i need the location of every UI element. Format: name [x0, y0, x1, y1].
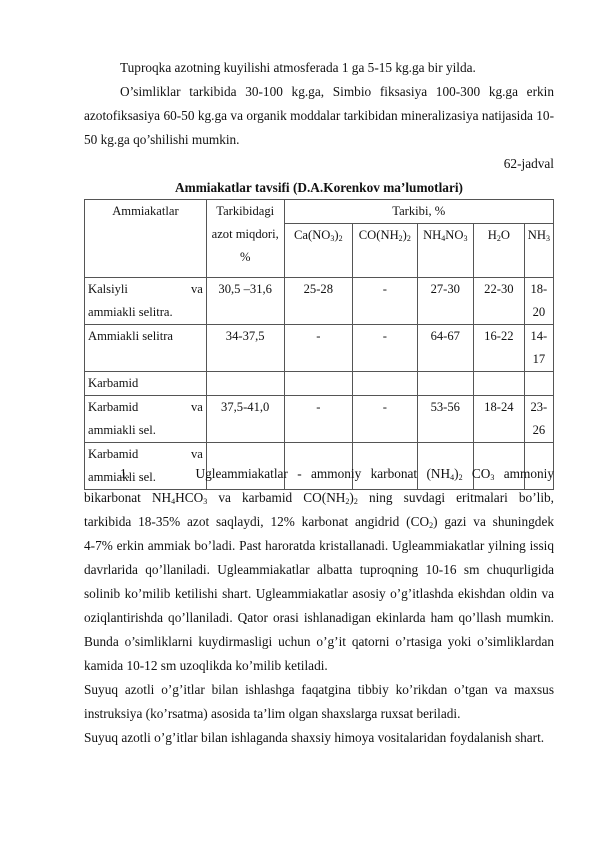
cell-nh4no3: [417, 372, 473, 396]
cell-nh4no3: 27-30: [417, 278, 473, 325]
cell-nh3: 18-20: [524, 278, 553, 325]
header-ammiakatlar: Ammiakatlar: [85, 200, 207, 278]
cell-ammiakat-name: Karbamidvaammiakli sel.: [85, 396, 207, 443]
cell-nh4no3: 53-56: [417, 396, 473, 443]
cell-h2o: [474, 372, 525, 396]
cell-azot: 37,5-41,0: [206, 396, 284, 443]
cell-co: -: [353, 278, 417, 325]
table-row: Karbamidvaammiakli sel.37,5-41,0--53-561…: [85, 396, 554, 443]
paragraph-plants: O’simliklar tarkibida 30-100 kg.ga, Simb…: [84, 80, 554, 152]
table-title: Ammiakatlar tavsifi (D.A.Korenkov ma’lum…: [84, 176, 554, 200]
cell-co: -: [353, 396, 417, 443]
cell-azot: 34-37,5: [206, 325, 284, 372]
cell-h2o: 16-22: [474, 325, 525, 372]
paragraph-liquid-safety: Suyuq azotli o’g’itlar bilan ishlaganda …: [84, 726, 554, 750]
cell-nh3: [524, 372, 553, 396]
header-nh3: NH3: [524, 224, 553, 278]
header-ca-no3: Ca(NO3)2: [284, 224, 353, 278]
cell-ca: [284, 372, 353, 396]
header-h2o: H2O: [474, 224, 525, 278]
cell-ammiakat-name: Ammiakli selitra: [85, 325, 207, 372]
cell-ca: 25-28: [284, 278, 353, 325]
cell-h2o: 22-30: [474, 278, 525, 325]
cell-ca: -: [284, 325, 353, 372]
table-row: Kalsiylivaammiakli selitra.30,5 –31,625-…: [85, 278, 554, 325]
cell-nh3: 14-17: [524, 325, 553, 372]
table-row: Karbamid: [85, 372, 554, 396]
cell-nh3: 23-26: [524, 396, 553, 443]
cell-nh4no3: 64-67: [417, 325, 473, 372]
paragraph-atmosphere: Tuproqka azotning kuyilishi atmosferada …: [84, 56, 554, 80]
cell-azot: [206, 372, 284, 396]
cell-co: -: [353, 325, 417, 372]
cell-co: [353, 372, 417, 396]
cell-ammiakat-name: Karbamid: [85, 372, 207, 396]
ammiakatlar-table: Ammiakatlar Tarkibidagi azot miqdori, % …: [84, 199, 554, 490]
cell-h2o: 18-24: [474, 396, 525, 443]
header-azot: Tarkibidagi azot miqdori, %: [206, 200, 284, 278]
table-label: 62-jadval: [84, 152, 554, 176]
table-row: Ammiakli selitra34-37,5--64-6716-2214-17: [85, 325, 554, 372]
header-nh4no3: NH4NO3: [417, 224, 473, 278]
header-tarkibi-group: Tarkibi, %: [284, 200, 553, 224]
cell-ammiakat-name: Kalsiylivaammiakli selitra.: [85, 278, 207, 325]
cell-azot: 30,5 –31,6: [206, 278, 284, 325]
paragraph-liquid-rules: Suyuq azotli o’g’itlar bilan ishlashga f…: [84, 678, 554, 726]
header-co-nh2: CO(NH2)2: [353, 224, 417, 278]
cell-ca: -: [284, 396, 353, 443]
paragraph-ugleammiakatlar: 1. Ugleammiakatlar - ammoniy karbonat (N…: [84, 462, 554, 678]
